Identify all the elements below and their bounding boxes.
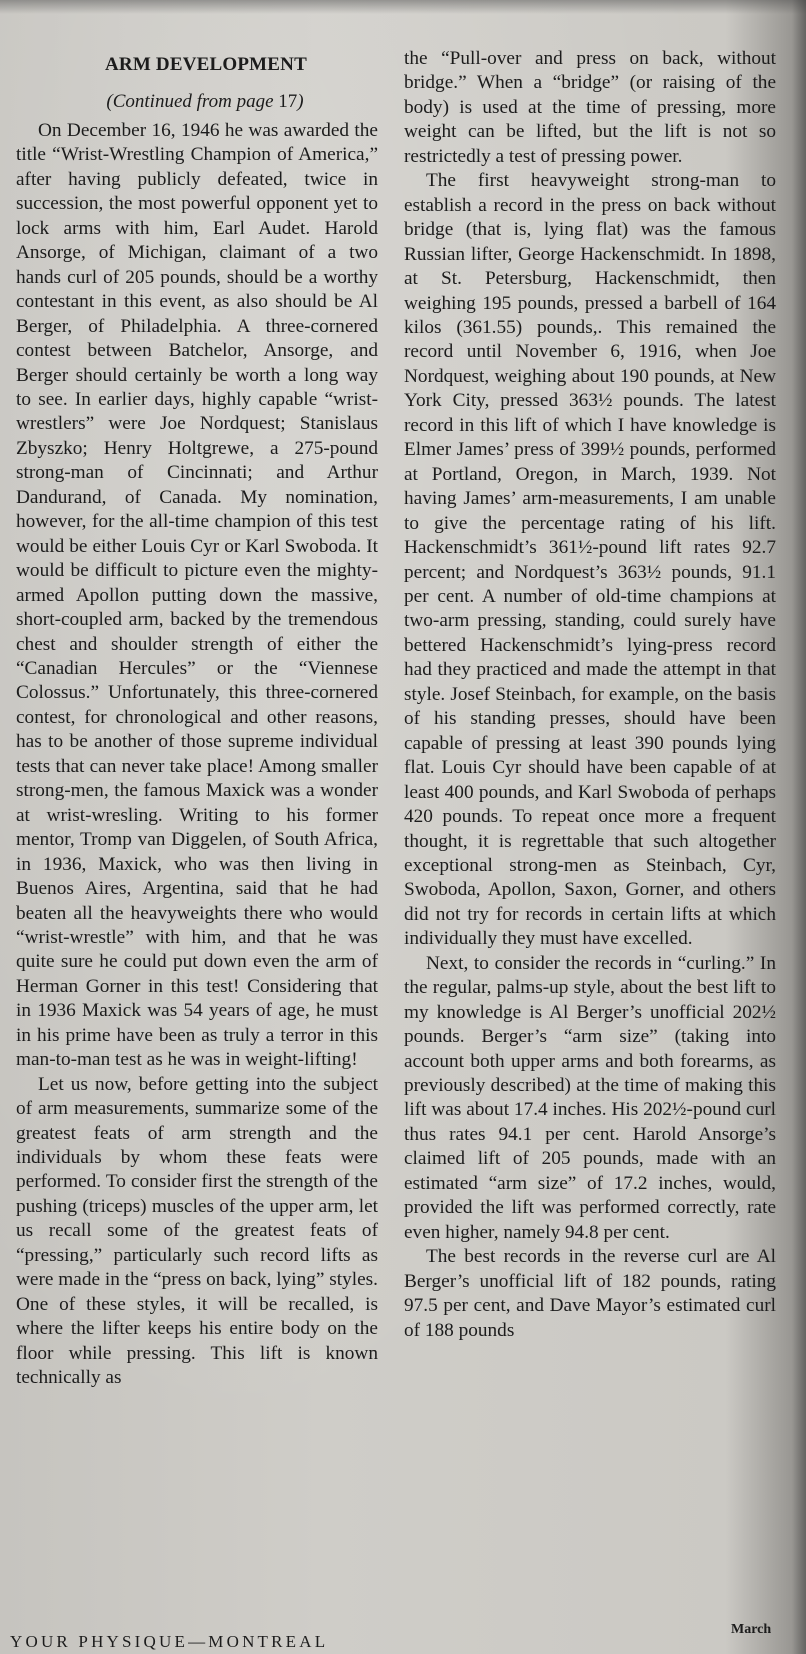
continued-prefix: (Continued from page [106,91,278,112]
issue-month: March [731,1622,771,1638]
continued-note: (Continued from page 17) [16,89,378,115]
scan-right-shadow [792,0,806,1654]
continued-suffix: ) [297,91,303,112]
magazine-page: ARM DEVELOPMENT (Continued from page 17)… [0,0,806,1654]
paragraph: the “Pull-over and press on back, withou… [404,47,776,169]
paragraph: The first heavyweight strong-man to esta… [404,169,776,952]
paragraph: The best records in the reverse curl are… [404,1245,776,1343]
paragraph: Next, to consider the records in “curlin… [404,952,776,1245]
article-title: ARM DEVELOPMENT [16,52,378,78]
paragraph: Let us now, before getting into the subj… [16,1073,378,1391]
continued-page-number: 17 [278,91,297,112]
publication-footer: YOUR PHYSIQUE—MONTREAL [10,1632,328,1652]
paragraph: On December 16, 1946 he was awarded the … [16,119,378,1073]
right-column: the “Pull-over and press on back, withou… [404,47,776,1343]
left-column: ARM DEVELOPMENT (Continued from page 17)… [16,0,378,1391]
